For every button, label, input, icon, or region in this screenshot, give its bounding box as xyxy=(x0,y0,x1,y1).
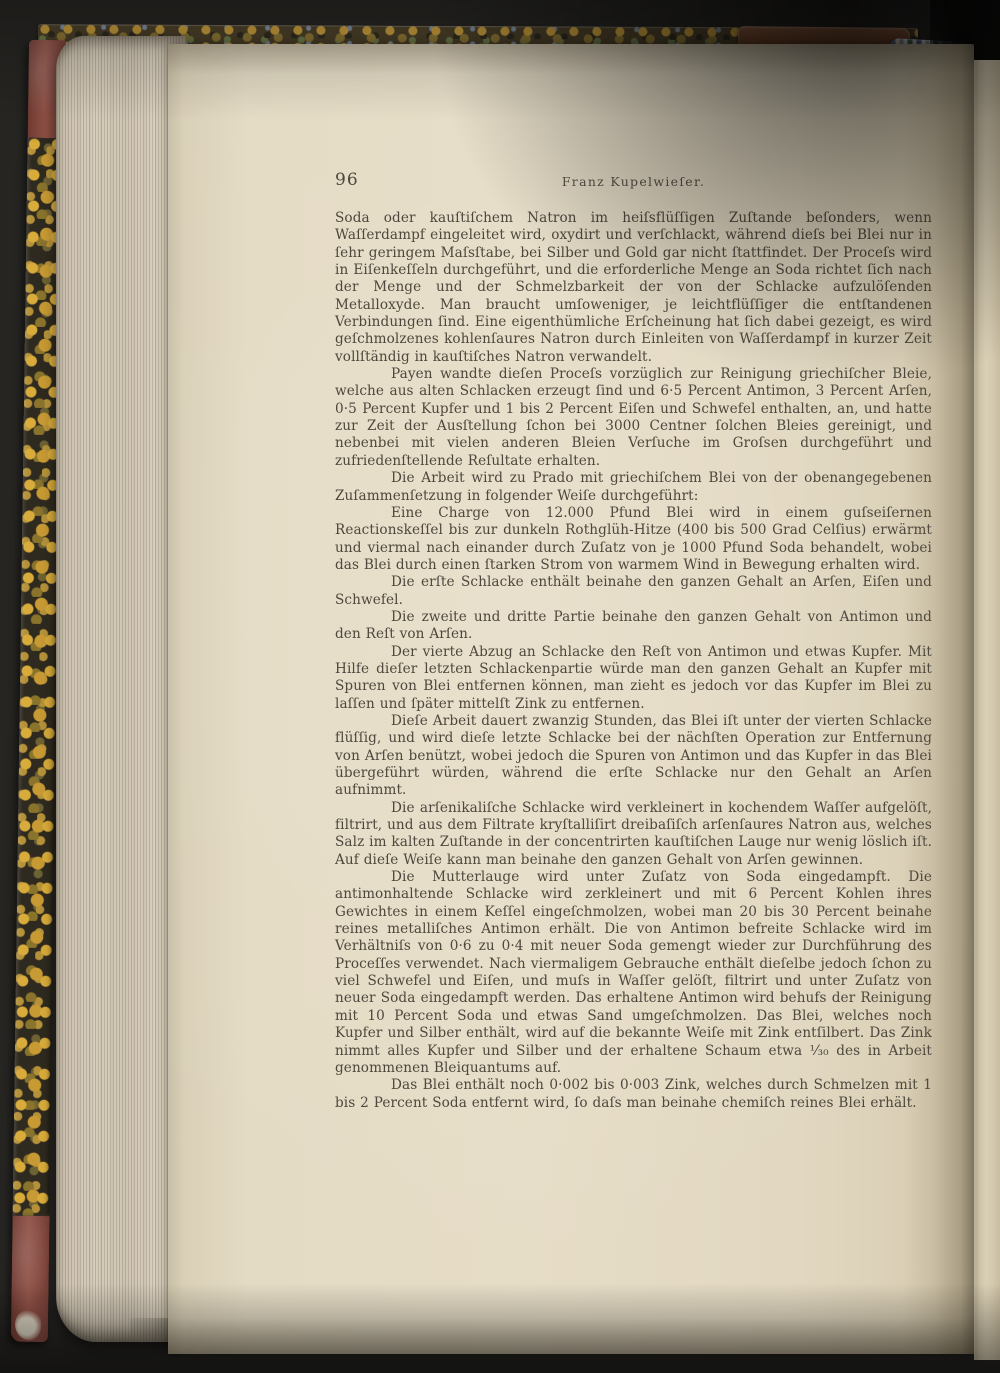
paragraph: Die Arbeit wird zu Prado mit griechiſche… xyxy=(335,470,932,505)
paragraph: Payen wandte dieſen Proceſs vorzüglich z… xyxy=(335,366,932,470)
body-text: Soda oder kauſtiſchem Natron im heiſsflü… xyxy=(335,210,932,1112)
running-title: Franz Kupelwieſer. xyxy=(335,174,932,189)
page-stack-fore-edge xyxy=(56,36,186,1342)
facing-page-sliver xyxy=(974,60,1000,1360)
paragraph: Das Blei enthält noch 0·002 bis 0·003 Zi… xyxy=(335,1077,932,1112)
scanned-book-photo: 96 Franz Kupelwieſer. Soda oder kauſtiſc… xyxy=(0,0,1000,1373)
paragraph: Dieſe Arbeit dauert zwanzig Stunden, das… xyxy=(335,713,932,800)
paragraph: Die zweite und dritte Partie beinahe den… xyxy=(335,609,932,644)
paragraph: Die erſte Schlacke enthält beinahe den g… xyxy=(335,574,932,609)
paragraph: Die Mutterlauge wird unter Zuſatz von So… xyxy=(335,869,932,1077)
page-header: 96 Franz Kupelwieſer. xyxy=(335,170,932,192)
paragraph: Der vierte Abzug an Schlacke den Reſt vo… xyxy=(335,644,932,713)
book-page: 96 Franz Kupelwieſer. Soda oder kauſtiſc… xyxy=(168,44,974,1354)
worn-corner-spot xyxy=(15,1310,41,1340)
paragraph: Eine Charge von 12.000 Pfund Blei wird i… xyxy=(335,505,932,574)
leather-corner-bottom xyxy=(11,1216,50,1343)
paragraph: Die arſenikaliſche Schlacke wird verklei… xyxy=(335,800,932,869)
paragraph: Soda oder kauſtiſchem Natron im heiſsflü… xyxy=(335,210,932,366)
